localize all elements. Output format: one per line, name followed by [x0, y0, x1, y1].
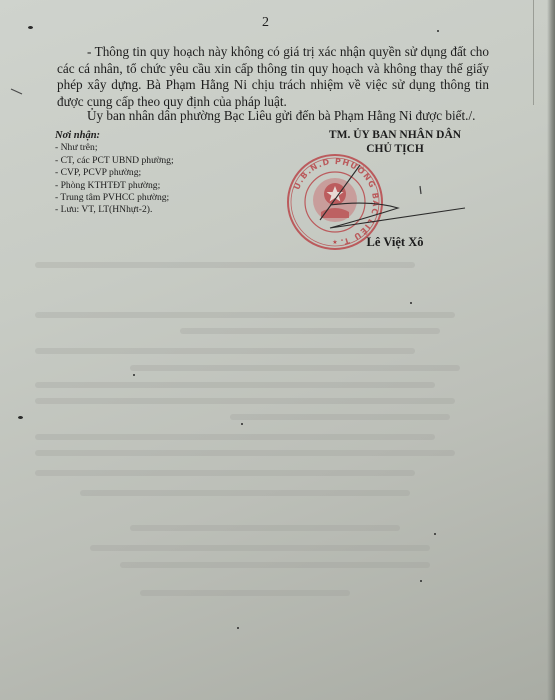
ink-speck — [237, 627, 239, 629]
recipient-item: - Trung tâm PVHCC phường; — [55, 192, 174, 204]
ink-speck — [420, 580, 422, 582]
ink-speck — [133, 374, 135, 376]
ink-speck — [28, 26, 33, 29]
ink-speck — [410, 302, 412, 304]
bleed-through-line — [35, 348, 415, 354]
bleed-through-line — [35, 262, 415, 268]
signer-position: CHỦ TỊCH — [300, 143, 490, 156]
recipients-block: Nơi nhận: - Như trên; - CT, các PCT UBND… — [55, 130, 174, 217]
page-fold-line — [533, 0, 534, 105]
pen-mark — [10, 88, 24, 96]
bleed-through-line — [35, 312, 455, 318]
ink-speck — [241, 423, 243, 425]
signer-on-behalf: TM. ỦY BAN NHÂN DÂN — [300, 129, 490, 142]
recipient-item: - Lưu: VT, LT(HNhựt-2). — [55, 204, 174, 216]
bleed-through-line — [80, 490, 410, 496]
recipient-item: - Phòng KTHTĐT phường; — [55, 180, 174, 192]
document-page: 2 - Thông tin quy hoạch này không có giá… — [0, 0, 555, 700]
signer-name: Lê Việt Xô — [300, 236, 490, 249]
bleed-through-line — [35, 398, 455, 404]
paragraph-closing: Ủy ban nhân dân phường Bạc Liêu gửi đến … — [87, 108, 507, 125]
paragraph-text: - Thông tin quy hoạch này không có giá t… — [57, 44, 489, 109]
recipient-item: - CT, các PCT UBND phường; — [55, 155, 174, 167]
bleed-through-line — [35, 382, 435, 388]
recipients-title: Nơi nhận: — [55, 130, 174, 142]
bleed-through-line — [180, 328, 440, 334]
bleed-through-line — [35, 434, 435, 440]
bleed-through-line — [120, 562, 430, 568]
bleed-through-line — [230, 414, 450, 420]
page-edge-shadow — [547, 0, 555, 700]
bleed-through-line — [130, 525, 400, 531]
ink-speck — [437, 30, 439, 32]
recipient-item: - Như trên; — [55, 142, 174, 154]
paragraph-disclaimer: - Thông tin quy hoạch này không có giá t… — [57, 44, 489, 110]
page-number: 2 — [262, 15, 269, 31]
bleed-through-line — [140, 590, 350, 596]
recipient-item: - CVP, PCVP phường; — [55, 167, 174, 179]
ink-speck — [434, 533, 436, 535]
bleed-through-line — [35, 470, 415, 476]
bleed-through-line — [130, 365, 460, 371]
bleed-through-line — [35, 450, 455, 456]
bleed-through-line — [90, 545, 430, 551]
ink-speck — [18, 416, 23, 419]
handwritten-signature — [300, 160, 470, 240]
